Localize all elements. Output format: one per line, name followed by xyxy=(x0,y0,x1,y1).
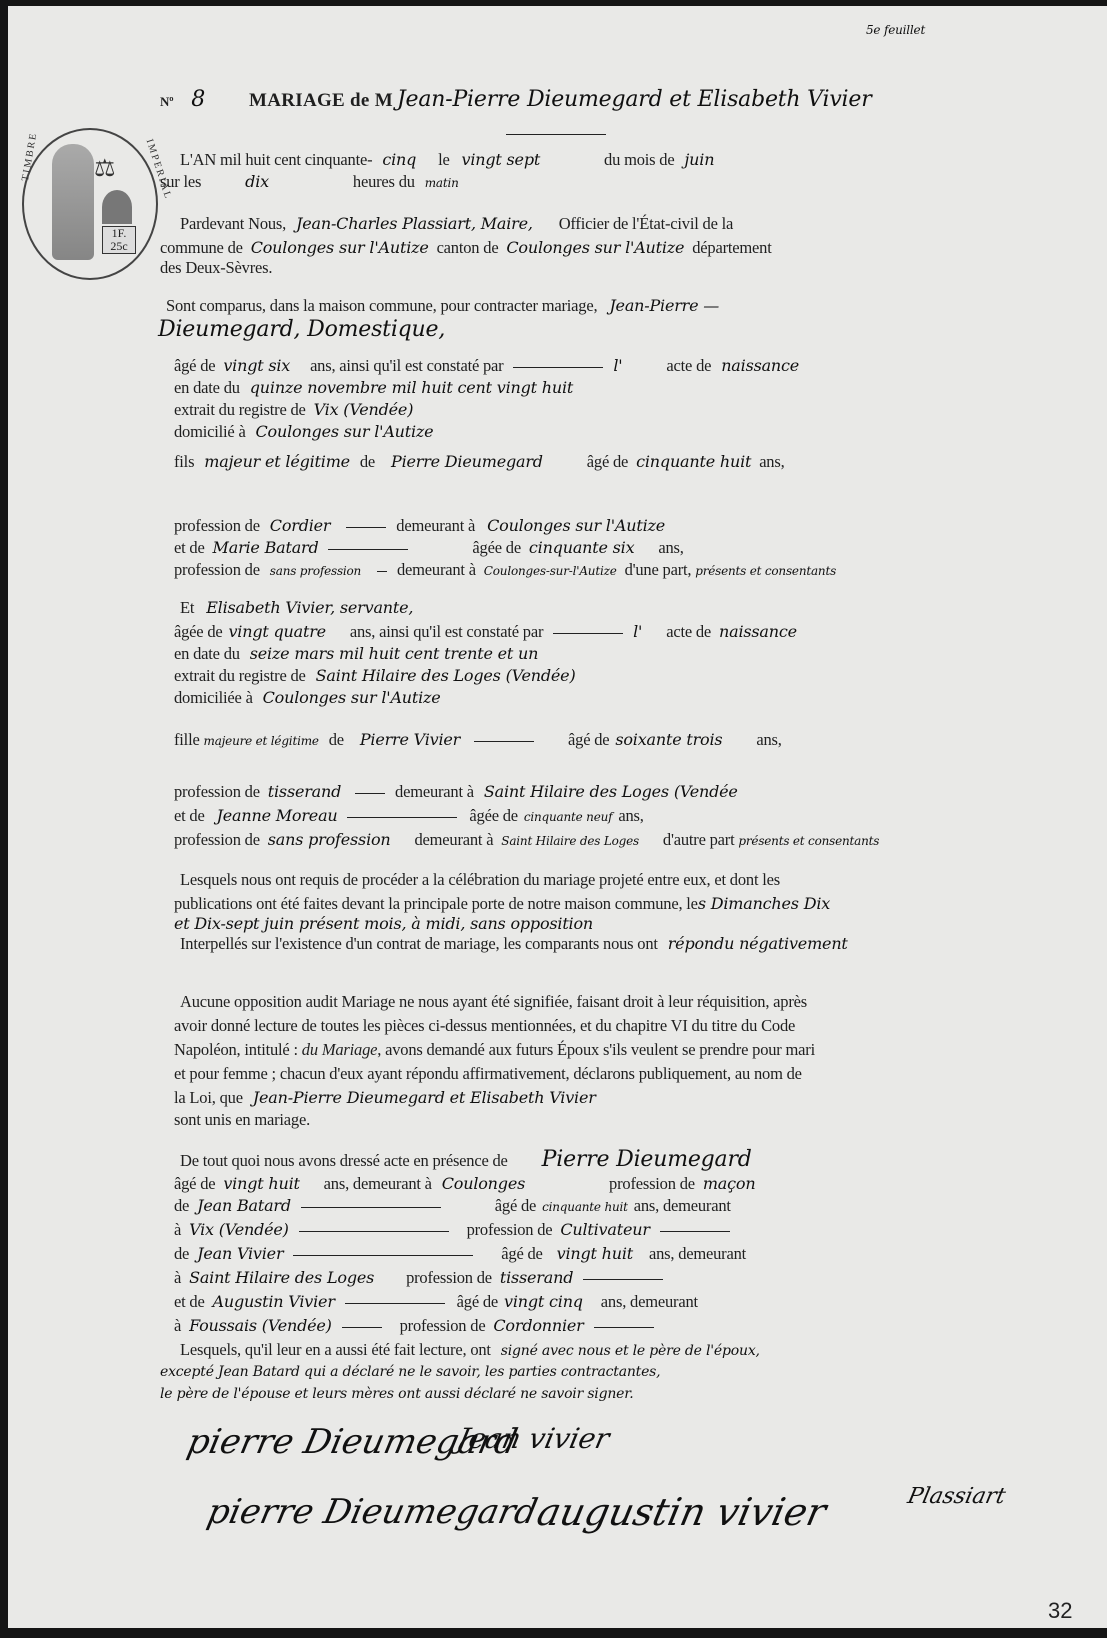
signature-mayor: Plassiart xyxy=(905,1484,1007,1509)
page-number: 32 xyxy=(1048,1598,1072,1624)
witness-4-dem-line: à Foussais (Vendée) profession de Cordon… xyxy=(174,1316,660,1336)
bride-domicile: Coulonges sur l'Autize xyxy=(263,688,441,707)
corner-note: 5e feuillet xyxy=(866,20,925,40)
groom-mother-dem: Coulonges-sur-l'Autize xyxy=(484,564,617,578)
bride-mother-line: et de Jeanne Moreau âgée de cinquante ne… xyxy=(174,806,644,827)
bride-domicile-line: domiciliée à Coulonges sur l'Autize xyxy=(174,688,441,708)
bride-registre-line: extrait du registre de Saint Hilaire des… xyxy=(174,666,576,686)
commune-value: Coulonges sur l'Autize xyxy=(251,238,429,257)
record-title: MARIAGE de M xyxy=(249,90,393,111)
preamble-line-1: L'AN mil huit cent cinquante- cinq le vi… xyxy=(180,150,714,170)
bride-father-age: soixante trois xyxy=(615,730,722,749)
bride-father-prof: tisserand xyxy=(268,782,341,801)
declaration-line-2: avoir donné lecture de toutes les pièces… xyxy=(174,1016,795,1036)
witness-3-dem-line: à Saint Hilaire des Loges profession de … xyxy=(174,1268,669,1288)
groom-father-age: cinquante huit xyxy=(636,452,751,471)
publications-line-1: Lesquels nous ont requis de procéder a l… xyxy=(180,870,780,890)
witness-3-line: de Jean Vivier âgé de vingt huit ans, de… xyxy=(174,1244,746,1264)
marriage-record-page: 5e feuillet Nº 8 MARIAGE de M Jean-Pierr… xyxy=(8,6,1107,1628)
stamp-price: 1F. 25c xyxy=(102,226,136,254)
bride-mother-dem: Saint Hilaire des Loges xyxy=(501,834,639,848)
witness-2-name: Jean Batard xyxy=(197,1196,291,1215)
declaration-line-1: Aucune opposition audit Mariage ne nous … xyxy=(180,992,807,1012)
groom-name-a: Jean-Pierre — xyxy=(609,296,719,315)
declaration-line-4: et pour femme ; chacun d'eux ayant répon… xyxy=(174,1064,802,1084)
bride-name-line: Et Elisabeth Vivier, servante, xyxy=(180,598,413,618)
groom-domicile: Coulonges sur l'Autize xyxy=(256,422,434,441)
time-of-day-value: matin xyxy=(425,176,459,190)
scales-icon: ⚖ xyxy=(94,154,116,183)
officer-value: Jean-Charles Plassiart, Maire, xyxy=(296,214,533,233)
publication-dates-b: et Dix-sept juin présent mois, à midi, s… xyxy=(174,914,593,934)
witness-1-line: âgé de vingt huit ans, demeurant à Coulo… xyxy=(174,1174,755,1194)
justice-figure-icon xyxy=(52,144,94,260)
contrat-answer: répondu négativement xyxy=(668,934,848,953)
groom-father-prof: Cordier xyxy=(270,516,331,535)
header-divider xyxy=(506,134,606,135)
bride-name: Elisabeth Vivier, servante, xyxy=(206,598,413,617)
bride-birth-date: seize mars mil huit cent trente et un xyxy=(250,644,538,663)
groom-mother-prof-line: profession de sans profession demeurant … xyxy=(174,560,836,581)
groom-father-prof-line: profession de Cordier demeurant à Coulon… xyxy=(174,516,665,536)
imperial-stamp: TIMBRE IMPERIAL ⚖ 1F. 25c xyxy=(22,128,158,280)
bride-age: vingt quatre xyxy=(228,622,325,641)
preamble-line-2: sur les dix heures du matin xyxy=(160,172,459,193)
groom-father-name: Pierre Dieumegard xyxy=(391,452,543,471)
witness-1-name: Pierre Dieumegard xyxy=(542,1147,752,1172)
groom-date-line: en date du quinze novembre mil huit cent… xyxy=(174,378,573,398)
canton-value: Coulonges sur l'Autize xyxy=(506,238,684,257)
bride-acte: naissance xyxy=(719,622,797,641)
record-header: Nº 8 MARIAGE de M Jean-Pierre Dieumegard… xyxy=(160,90,872,112)
day-value: vingt sept xyxy=(462,150,541,169)
preamble-line-5: des Deux-Sèvres. xyxy=(160,258,272,278)
witness-4-line: et de Augustin Vivier âgé de vingt cinq … xyxy=(174,1292,698,1312)
groom-part-note: présents et consentants xyxy=(695,564,836,578)
witness-2-dem-line: à Vix (Vendée) profession de Cultivateur xyxy=(174,1220,736,1240)
witness-3-name: Jean Vivier xyxy=(197,1244,283,1263)
bride-mother-name: Jeanne Moreau xyxy=(217,806,338,825)
year-value: cinq xyxy=(382,150,416,169)
signature-pierre-dieumegard-2: pierre Dieumegard xyxy=(204,1492,541,1532)
bride-father-line: fille majeure et légitime de Pierre Vivi… xyxy=(174,730,782,751)
groom-intro: Sont comparus, dans la maison commune, p… xyxy=(166,296,719,316)
signature-augustin-vivier: augustin vivier xyxy=(533,1490,830,1534)
declaration-line-3: Napoléon, intitulé : du Mariage, avons d… xyxy=(174,1040,815,1060)
bride-part-note: présents et consentants xyxy=(738,834,879,848)
eagle-icon xyxy=(102,190,132,224)
groom-birth-date: quinze novembre mil huit cent vingt huit xyxy=(250,378,573,397)
hour-value: dix xyxy=(245,172,269,191)
bride-father-prof-line: profession de tisserand demeurant à Sain… xyxy=(174,782,738,802)
bride-mother-prof-line: profession de sans profession demeurant … xyxy=(174,830,879,851)
witness-2-line: de Jean Batard âgé de cinquante huit ans… xyxy=(174,1196,731,1217)
groom-domicile-line: domicilié à Coulonges sur l'Autize xyxy=(174,422,433,442)
groom-father-line: fils majeur et légitime de Pierre Dieume… xyxy=(174,452,785,472)
groom-acte: naissance xyxy=(721,356,799,375)
groom-mother-line: et de Marie Batard âgée de cinquante six… xyxy=(174,538,684,558)
bride-father-dem: Saint Hilaire des Loges (Vendée xyxy=(484,782,738,801)
bride-mother-prof: sans profession xyxy=(268,830,391,849)
bride-date-line: en date du seize mars mil huit cent tren… xyxy=(174,644,538,664)
bride-registre: Saint Hilaire des Loges (Vendée) xyxy=(316,666,576,685)
number-label: Nº xyxy=(160,94,173,109)
preamble-line-4: commune de Coulonges sur l'Autize canton… xyxy=(160,238,772,258)
act-number: 8 xyxy=(191,87,205,112)
groom-name-b: Dieumegard, Domestique, xyxy=(158,320,445,340)
month-value: juin xyxy=(684,150,714,169)
groom-registre: Vix (Vendée) xyxy=(314,400,414,419)
united-names: Jean-Pierre Dieumegard et Elisabeth Vivi… xyxy=(253,1088,596,1107)
groom-age: vingt six xyxy=(223,356,290,375)
groom-mother-age: cinquante six xyxy=(529,538,635,557)
closing-line-3: le père de l'épouse et leurs mères ont a… xyxy=(160,1384,633,1404)
groom-mother-name: Marie Batard xyxy=(213,538,319,557)
groom-mother-prof: sans profession xyxy=(270,564,361,578)
publication-dates-a: s Dimanches Dix xyxy=(698,894,830,913)
signature-jean-vivier: Jean vivier xyxy=(454,1422,612,1455)
groom-registre-line: extrait du registre de Vix (Vendée) xyxy=(174,400,413,420)
closing-line-1: Lesquels, qu'il leur en a aussi été fait… xyxy=(180,1340,760,1361)
bride-age-line: âgée de vingt quatre ans, ainsi qu'il es… xyxy=(174,622,797,642)
record-names: Jean-Pierre Dieumegard et Elisabeth Vivi… xyxy=(397,87,872,112)
bride-mother-age: cinquante neuf xyxy=(524,810,613,824)
bride-father-name: Pierre Vivier xyxy=(360,730,460,749)
declaration-line-5: la Loi, que Jean-Pierre Dieumegard et El… xyxy=(174,1088,596,1108)
witness-4-name: Augustin Vivier xyxy=(213,1292,335,1311)
closing-line-2: excepté Jean Batard qui a déclaré ne le … xyxy=(160,1362,660,1382)
contrat-line: Interpellés sur l'existence d'un contrat… xyxy=(180,934,848,954)
publications-line-2: publications ont été faites devant la pr… xyxy=(174,894,830,914)
witnesses-intro: De tout quoi nous avons dressé acte en p… xyxy=(180,1150,752,1171)
groom-age-line: âgé de vingt six ans, ainsi qu'il est co… xyxy=(174,356,799,376)
stamp-text-left: TIMBRE xyxy=(20,131,39,182)
groom-father-dem: Coulonges sur l'Autize xyxy=(487,516,665,535)
preamble-line-3: Pardevant Nous, Jean-Charles Plassiart, … xyxy=(180,214,733,234)
declaration-line-6: sont unis en mariage. xyxy=(174,1110,310,1130)
